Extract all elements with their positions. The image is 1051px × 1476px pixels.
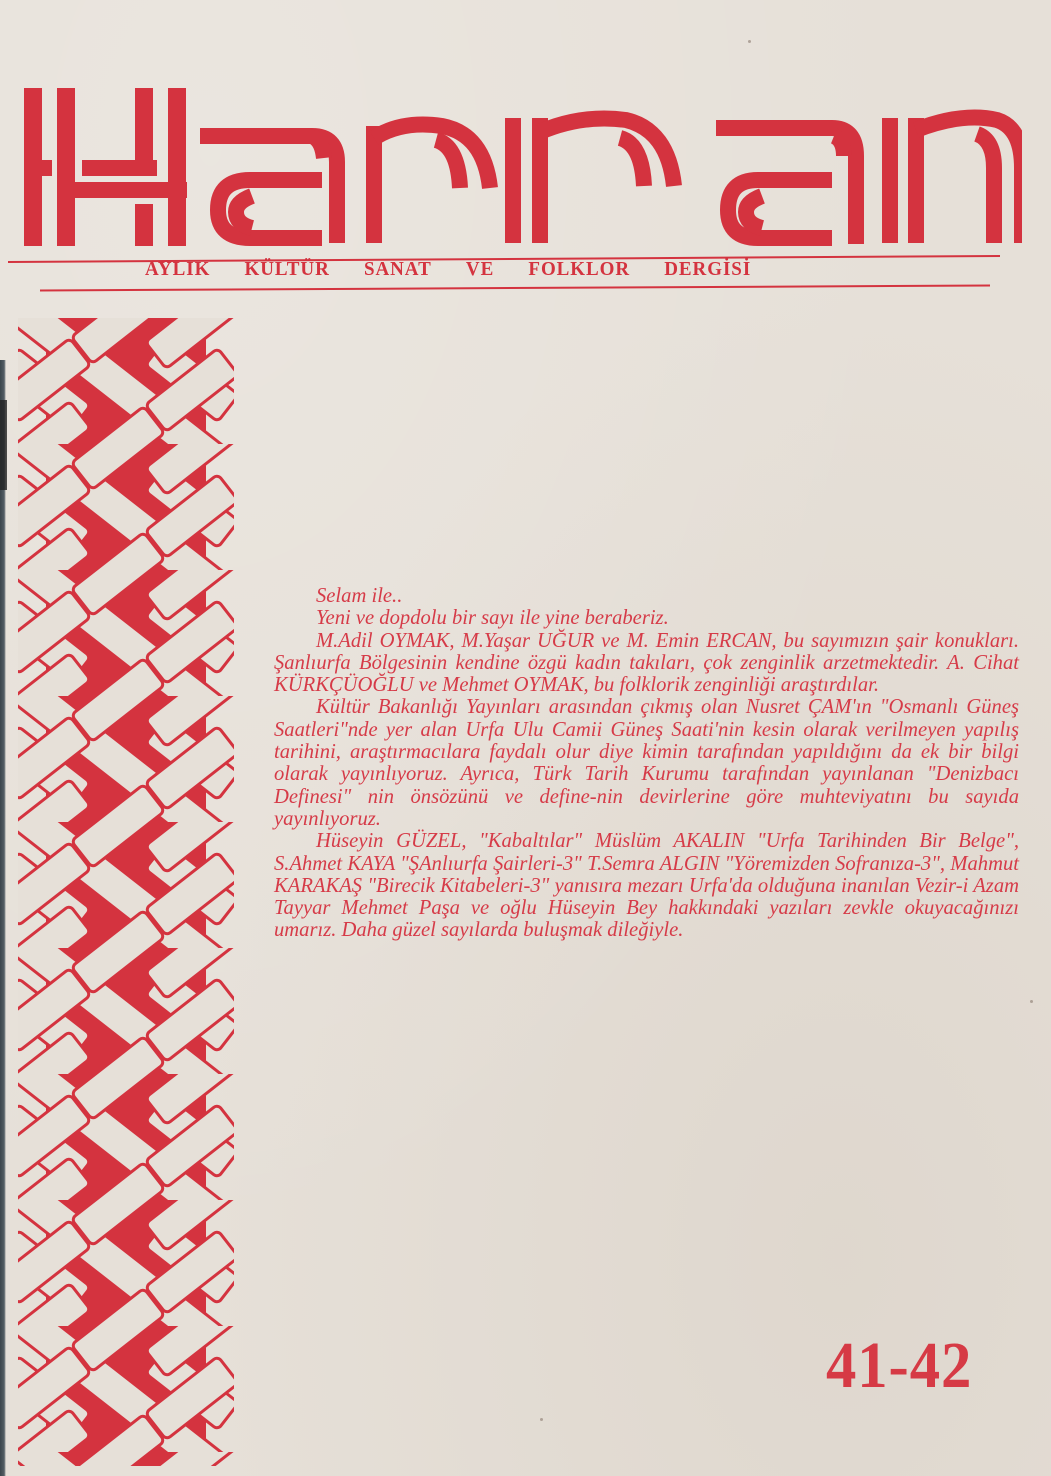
subtitle-word: VE: [466, 258, 494, 281]
binding-staple-shadow: [0, 400, 7, 490]
editorial-paragraph: Yeni ve dopdolu bir sayı ile yine berabe…: [274, 607, 1019, 629]
subtitle-word: AYLIK: [145, 258, 210, 281]
masthead-title: [22, 78, 1022, 248]
braid-ornament: [18, 318, 234, 1466]
editorial-paragraph: M.Adil OYMAK, M.Yaşar UĞUR ve M. Emin ER…: [274, 630, 1019, 697]
subtitle-word: SANAT: [364, 258, 432, 281]
binding-edge: [0, 360, 6, 1476]
braid-pattern-icon: [18, 318, 234, 1466]
harran-logo-icon: [22, 78, 1022, 248]
paper-speck: [540, 1418, 543, 1421]
issue-number: 41-42: [826, 1328, 972, 1404]
masthead-bottom-rule: [40, 285, 990, 292]
subtitle-word: KÜLTÜR: [244, 258, 329, 281]
masthead-subtitle: AYLIK KÜLTÜR SANAT VE FOLKLOR DERGİSİ: [145, 258, 867, 281]
editorial-paragraph: Kültür Bakanlığı Yayınları arasından çık…: [274, 696, 1019, 830]
paper-speck: [748, 40, 751, 43]
editorial-text: Selam ile.. Yeni ve dopdolu bir sayı ile…: [274, 585, 1019, 942]
subtitle-word: DERGİSİ: [664, 258, 751, 281]
paper-speck: [1030, 1000, 1033, 1003]
subtitle-word: FOLKLOR: [528, 258, 630, 281]
editorial-paragraph: Hüseyin GÜZEL, "Kabaltılar" Müslüm AKALI…: [274, 830, 1019, 941]
editorial-greeting: Selam ile..: [274, 585, 1019, 607]
